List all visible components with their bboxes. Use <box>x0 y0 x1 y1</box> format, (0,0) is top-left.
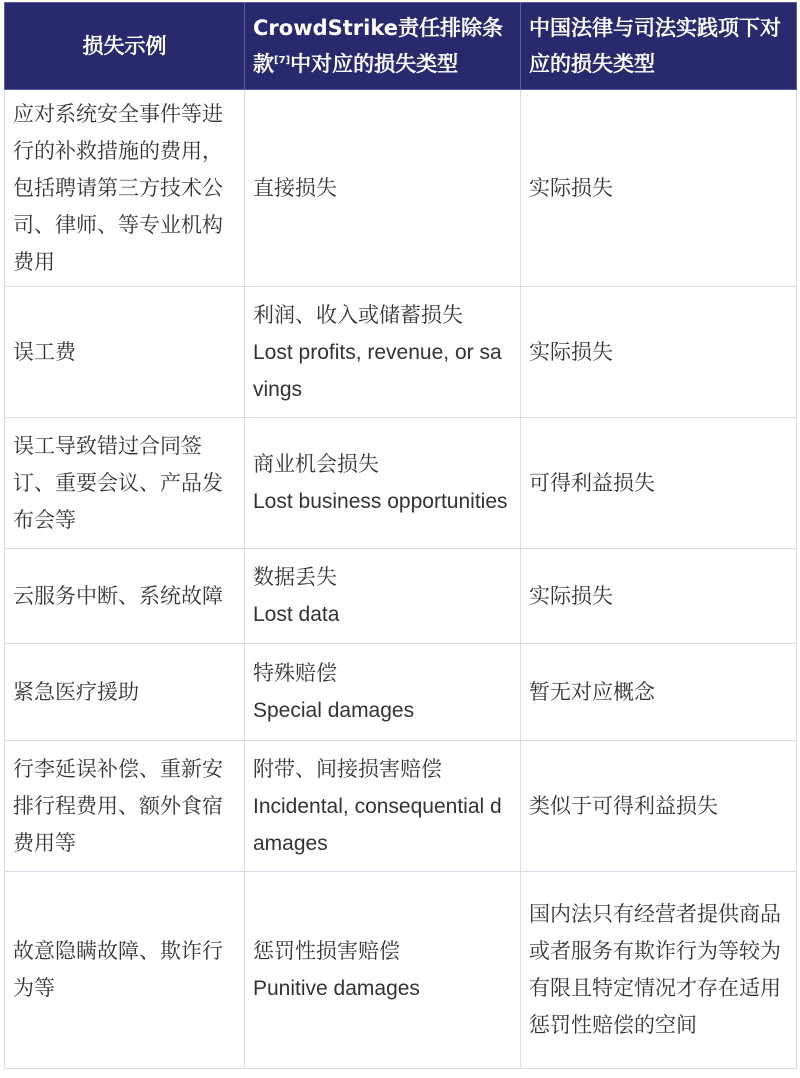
crowdstrike-cn: 附带、间接损害赔偿 <box>253 751 512 788</box>
header-row: 损失示例 CrowdStrike责任排除条款[7]中对应的损失类型 中国法律与司… <box>5 3 797 90</box>
crowdstrike-cn: 直接损失 <box>253 170 512 207</box>
cell-china: 实际损失 <box>521 90 797 287</box>
cell-example: 误工导致错过合同签订、重要会议、产品发布会等 <box>5 418 245 549</box>
table-row: 应对系统安全事件等进行的补救措施的费用，包括聘请第三方技术公司、律师、等专业机构… <box>5 90 797 287</box>
header-crowdstrike-text-post: 中对应的损失类型 <box>290 52 458 76</box>
header-loss-example: 损失示例 <box>5 3 245 90</box>
table-row: 紧急医疗援助 特殊赔偿Special damages 暂无对应概念 <box>5 644 797 741</box>
cell-example: 行李延误补偿、重新安排行程费用、额外食宿费用等 <box>5 741 245 872</box>
loss-type-comparison-table: 损失示例 CrowdStrike责任排除条款[7]中对应的损失类型 中国法律与司… <box>4 2 797 1069</box>
table-row: 误工导致错过合同签订、重要会议、产品发布会等 商业机会损失Lost busine… <box>5 418 797 549</box>
cell-crowdstrike: 利润、收入或储蓄损失Lost profits, revenue, or savi… <box>245 287 521 418</box>
cell-example: 紧急医疗援助 <box>5 644 245 741</box>
cell-china: 实际损失 <box>521 549 797 644</box>
crowdstrike-en: Lost data <box>253 596 512 633</box>
header-china-law-type: 中国法律与司法实践项下对应的损失类型 <box>521 3 797 90</box>
cell-china: 国内法只有经营者提供商品或者服务有欺诈行为等较为有限且特定情况才存在适用惩罚性赔… <box>521 872 797 1069</box>
cell-example: 故意隐瞒故障、欺诈行为等 <box>5 872 245 1069</box>
crowdstrike-cn: 商业机会损失 <box>253 446 512 483</box>
footnote-ref[interactable]: [7] <box>274 55 290 66</box>
table-row: 云服务中断、系统故障 数据丢失Lost data 实际损失 <box>5 549 797 644</box>
header-crowdstrike-type: CrowdStrike责任排除条款[7]中对应的损失类型 <box>245 3 521 90</box>
cell-crowdstrike: 特殊赔偿Special damages <box>245 644 521 741</box>
cell-crowdstrike: 附带、间接损害赔偿Incidental, consequential damag… <box>245 741 521 872</box>
cell-china: 可得利益损失 <box>521 418 797 549</box>
crowdstrike-en: Punitive damages <box>253 970 512 1007</box>
table-row: 行李延误补偿、重新安排行程费用、额外食宿费用等 附带、间接损害赔偿Inciden… <box>5 741 797 872</box>
table-row: 误工费 利润、收入或储蓄损失Lost profits, revenue, or … <box>5 287 797 418</box>
cell-china: 实际损失 <box>521 287 797 418</box>
crowdstrike-en: Lost profits, revenue, or savings <box>253 334 512 408</box>
crowdstrike-cn: 惩罚性损害赔偿 <box>253 933 512 970</box>
cell-example: 云服务中断、系统故障 <box>5 549 245 644</box>
crowdstrike-en: Special damages <box>253 692 512 729</box>
crowdstrike-cn: 利润、收入或储蓄损失 <box>253 297 512 334</box>
crowdstrike-en: Incidental, consequential damages <box>253 788 512 862</box>
table-row: 故意隐瞒故障、欺诈行为等 惩罚性损害赔偿Punitive damages 国内法… <box>5 872 797 1069</box>
cell-china: 类似于可得利益损失 <box>521 741 797 872</box>
crowdstrike-cn: 特殊赔偿 <box>253 655 512 692</box>
cell-crowdstrike: 惩罚性损害赔偿Punitive damages <box>245 872 521 1069</box>
cell-crowdstrike: 商业机会损失Lost business opportunities <box>245 418 521 549</box>
crowdstrike-cn: 数据丢失 <box>253 559 512 596</box>
cell-crowdstrike: 数据丢失Lost data <box>245 549 521 644</box>
crowdstrike-en: Lost business opportunities <box>253 483 512 520</box>
cell-example: 误工费 <box>5 287 245 418</box>
cell-china: 暂无对应概念 <box>521 644 797 741</box>
cell-example: 应对系统安全事件等进行的补救措施的费用，包括聘请第三方技术公司、律师、等专业机构… <box>5 90 245 287</box>
cell-crowdstrike: 直接损失 <box>245 90 521 287</box>
